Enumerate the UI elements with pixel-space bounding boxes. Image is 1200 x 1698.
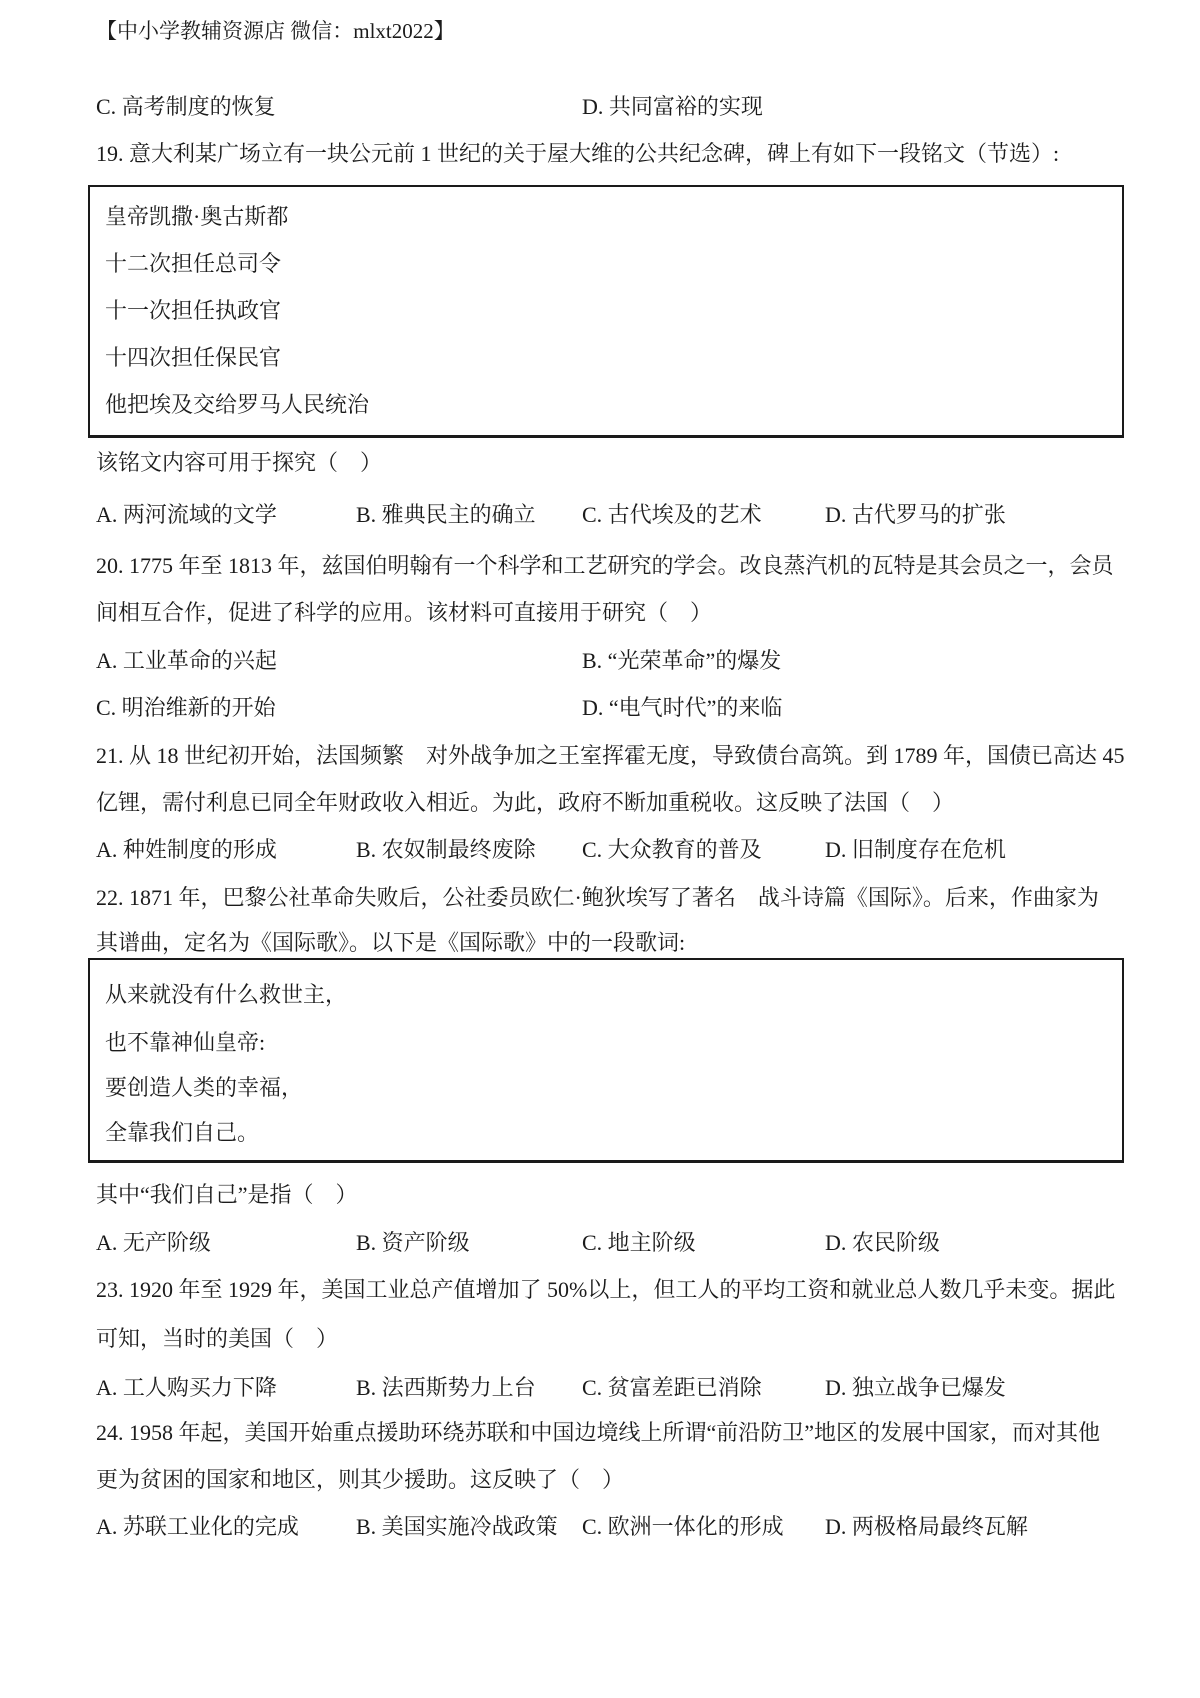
q23-stem-line1: 23. 1920 年至 1929 年，美国工业总产值增加了 50%以上，但工人的… <box>96 1277 1115 1303</box>
store-watermark: 【中小学教辅资源店 微信：mlxt2022】 <box>96 18 455 44</box>
q21-option-b: B. 农奴制最终废除 <box>356 837 536 863</box>
q20-options-row1: A. 工业革命的兴起 B. “光荣革命”的爆发 <box>96 648 1146 674</box>
q19-inscription-box: 皇帝凯撒·奥古斯都 十二次担任总司令 十一次担任执政官 十四次担任保民官 他把埃… <box>88 185 1124 438</box>
q22-follow-up: 其中“我们自己”是指（ ） <box>96 1182 358 1208</box>
q19-box-line: 十一次担任执政官 <box>105 298 281 324</box>
q19-option-d: D. 古代罗马的扩张 <box>825 502 1006 528</box>
q18-options-row: C. 高考制度的恢复 D. 共同富裕的实现 <box>96 94 1146 120</box>
q22-box-line: 要创造人类的幸福， <box>105 1075 303 1101</box>
q19-follow-up: 该铭文内容可用于探究（ ） <box>96 450 382 476</box>
q22-stem-line1: 22. 1871 年，巴黎公社革命失败后，公社委员欧仁·鲍狄埃写了著名 战斗诗篇… <box>96 885 1099 911</box>
q20-stem-line2: 间相互合作，促进了科学的应用。该材料可直接用于研究（ ） <box>96 600 712 626</box>
q19-box-line: 十二次担任总司令 <box>105 251 281 277</box>
q24-option-c: C. 欧洲一体化的形成 <box>582 1514 784 1540</box>
q24-stem-line1: 24. 1958 年起，美国开始重点援助环绕苏联和中国边境线上所谓“前沿防卫”地… <box>96 1420 1100 1446</box>
q21-option-d: D. 旧制度存在危机 <box>825 837 1006 863</box>
q22-option-c: C. 地主阶级 <box>582 1230 696 1256</box>
q23-stem-line2: 可知，当时的美国（ ） <box>96 1326 338 1352</box>
q22-option-b: B. 资产阶级 <box>356 1230 470 1256</box>
exam-page: 【中小学教辅资源店 微信：mlxt2022】 C. 高考制度的恢复 D. 共同富… <box>0 0 1200 1698</box>
q19-stem: 19. 意大利某广场立有一块公元前 1 世纪的关于屋大维的公共纪念碑，碑上有如下… <box>96 141 1059 167</box>
q19-option-c: C. 古代埃及的艺术 <box>582 502 762 528</box>
q24-option-d: D. 两极格局最终瓦解 <box>825 1514 1028 1540</box>
q19-option-b: B. 雅典民主的确立 <box>356 502 536 528</box>
q20-option-d: D. “电气时代”的来临 <box>582 695 782 721</box>
q19-box-line: 十四次担任保民官 <box>105 345 281 371</box>
q21-option-a: A. 种姓制度的形成 <box>96 837 277 863</box>
q23-option-a: A. 工人购买力下降 <box>96 1375 277 1401</box>
q20-option-c: C. 明治维新的开始 <box>96 695 276 721</box>
q23-option-b: B. 法西斯势力上台 <box>356 1375 536 1401</box>
q19-box-line: 皇帝凯撒·奥古斯都 <box>105 204 288 230</box>
q21-stem-line1: 21. 从 18 世纪初开始，法国频繁 对外战争加之王室挥霍无度，导致债台高筑。… <box>96 743 1125 769</box>
q22-box-line: 也不靠神仙皇帝: <box>105 1030 265 1056</box>
q23-options-row: A. 工人购买力下降 B. 法西斯势力上台 C. 贫富差距已消除 D. 独立战争… <box>96 1375 1146 1401</box>
q22-box-line: 从来就没有什么救世主， <box>105 982 347 1008</box>
q23-option-d: D. 独立战争已爆发 <box>825 1375 1006 1401</box>
q19-options-row: A. 两河流域的文学 B. 雅典民主的确立 C. 古代埃及的艺术 D. 古代罗马… <box>96 502 1146 528</box>
q22-option-d: D. 农民阶级 <box>825 1230 940 1256</box>
q23-option-c: C. 贫富差距已消除 <box>582 1375 762 1401</box>
q21-option-c: C. 大众教育的普及 <box>582 837 762 863</box>
q24-options-row: A. 苏联工业化的完成 B. 美国实施冷战政策 C. 欧洲一体化的形成 D. 两… <box>96 1514 1146 1540</box>
q21-stem-line2: 亿锂，需付利息已同全年财政收入相近。为此，政府不断加重税收。这反映了法国（ ） <box>96 790 954 816</box>
q19-box-line: 他把埃及交给罗马人民统治 <box>105 392 369 418</box>
q18-option-c: C. 高考制度的恢复 <box>96 94 276 120</box>
q20-stem-line1: 20. 1775 年至 1813 年，兹国伯明翰有一个科学和工艺研究的学会。改良… <box>96 553 1114 579</box>
q22-stem-line2: 其谱曲，定名为《国际歌》。以下是《国际歌》中的一段歌词: <box>96 930 685 956</box>
q24-option-a: A. 苏联工业化的完成 <box>96 1514 299 1540</box>
q20-options-row2: C. 明治维新的开始 D. “电气时代”的来临 <box>96 695 1146 721</box>
q20-option-b: B. “光荣革命”的爆发 <box>582 648 781 674</box>
q19-option-a: A. 两河流域的文学 <box>96 502 277 528</box>
q20-option-a: A. 工业革命的兴起 <box>96 648 277 674</box>
q24-stem-line2: 更为贫困的国家和地区，则其少援助。这反映了（ ） <box>96 1467 624 1493</box>
q22-lyrics-box: 从来就没有什么救世主， 也不靠神仙皇帝: 要创造人类的幸福， 全靠我们自己。 <box>88 958 1124 1163</box>
q22-box-line: 全靠我们自己。 <box>105 1120 259 1146</box>
q21-options-row: A. 种姓制度的形成 B. 农奴制最终废除 C. 大众教育的普及 D. 旧制度存… <box>96 837 1146 863</box>
q24-option-b: B. 美国实施冷战政策 <box>356 1514 558 1540</box>
q18-option-d: D. 共同富裕的实现 <box>582 94 763 120</box>
q22-options-row: A. 无产阶级 B. 资产阶级 C. 地主阶级 D. 农民阶级 <box>96 1230 1146 1256</box>
q22-option-a: A. 无产阶级 <box>96 1230 211 1256</box>
